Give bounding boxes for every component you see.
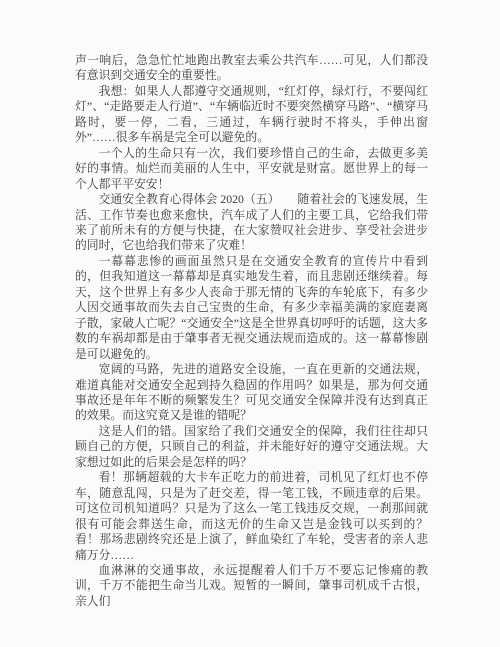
paragraph: 宽阔的马路，先进的道路安全设施，一直在更新的交通法规，难道真能对交通安全起到持久… bbox=[75, 362, 428, 424]
paragraph: 我想：如果人人都遵守交通规则，“红灯停，绿灯行，不要闯红灯”、“走路要走人行道”… bbox=[75, 84, 428, 146]
paragraph: 这是人们的错。国家给了我们交通安全的保障，我们往往却只顾自己的方便，只顾自己的利… bbox=[75, 424, 428, 470]
screenshot-root: { "document": { "background_color": "#fb… bbox=[0, 0, 500, 647]
paragraph: 看！那辆超载的大卡车正吃力的前进着，司机见了红灯也不停车，随意乱闯，只是为了赶交… bbox=[75, 470, 428, 563]
paragraph: 一幕幕悲惨的画面虽然只是在交通安全教育的宣传片中看到的，但我知道这一幕幕却是真实… bbox=[75, 254, 428, 362]
paragraph: 一个人的生命只有一次，我们要珍惜自己的生命，去做更多美好的事情。灿烂而美丽的人生… bbox=[75, 146, 428, 192]
document-page: 声一响后，急急忙忙地跑出教室去乘公共汽车……可见，人们都没有意识到交通安全的重要… bbox=[0, 0, 500, 647]
paragraph: 血淋淋的交通事故，永远提醒着人们千万不要忘记惨痛的教训，千万不能把生命当儿戏。短… bbox=[75, 563, 428, 609]
paragraph: 交通安全教育心得体会 2020（五） 随着社会的飞速发展，生活、工作节奏也愈来愈… bbox=[75, 192, 428, 254]
paragraph: 声一响后，急急忙忙地跑出教室去乘公共汽车……可见，人们都没有意识到交通安全的重要… bbox=[75, 53, 428, 84]
document-body: 声一响后，急急忙忙地跑出教室去乘公共汽车……可见，人们都没有意识到交通安全的重要… bbox=[75, 53, 428, 609]
